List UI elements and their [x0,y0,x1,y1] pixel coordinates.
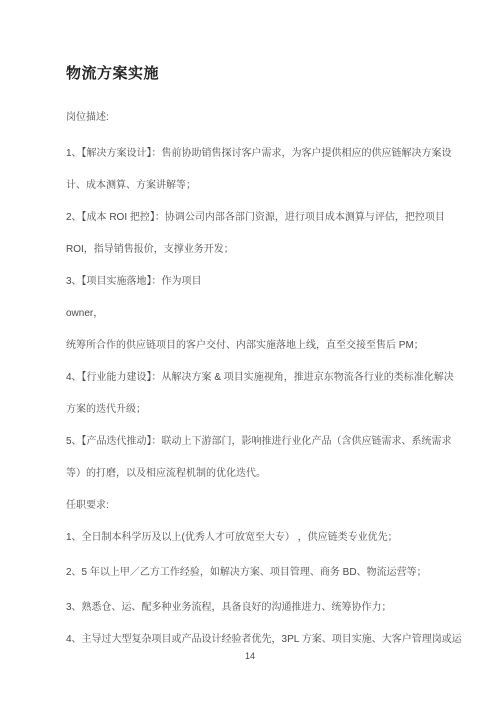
text-line: 3、【项目实施落地】：作为项目 [66,276,466,288]
section-heading-requirements: 任职要求: [66,500,466,512]
text-line: 2、【成本 ROI 把控】：协调公司内部各部门资源，进行项目成本测算与评估，把控… [66,212,466,224]
page-number: 14 [0,651,500,662]
document-content: 物流方案实施 岗位描述: 1、【解决方案设计】：售前协助销售探讨客户需求，为客户… [66,66,466,666]
text-line: 等）的打磨，以及相应流程机制的优化迭代。 [66,468,466,480]
text-line: 2、5 年以上甲／乙方工作经验，如解决方案、项目管理、商务 BD、物流运营等； [66,567,466,579]
text-line: 4、【行业能力建设】：从解决方案 & 项目实施视角，推进京东物流各行业的类标准化… [66,372,466,384]
text-line: owner， [66,308,466,320]
text-line: 计、成本测算、方案讲解等； [66,180,466,192]
document-page: 物流方案实施 岗位描述: 1、【解决方案设计】：售前协助销售探讨客户需求，为客户… [0,0,500,707]
text-line: ROI，指导销售报价，支撑业务开发； [66,244,466,256]
page-title: 物流方案实施 [66,66,466,82]
text-line: 1、【解决方案设计】：售前协助销售探讨客户需求，为客户提供相应的供应链解决方案设 [66,148,466,160]
text-line: 统筹所合作的供应链项目的客户交付、内部实施落地上线，直至交接至售后 PM； [66,340,466,352]
text-line: 5、【产品迭代推动】：联动上下游部门，影响推进行业化产品（含供应链需求、系统需求 [66,436,466,448]
text-line: 3、熟悉仓、运、配多种业务流程，具备良好的沟通推进力、统筹协作力； [66,602,466,614]
text-line: 1、全日制本科学历及以上(优秀人才可放宽至大专） ，供应链类专业优先； [66,532,466,544]
text-line: 4、主导过大型复杂项目或产品设计经验者优先，3PL 方案、项目实施、大客户管理岗… [66,634,466,646]
text-line: 方案的迭代升级； [66,404,466,416]
section-heading-job-description: 岗位描述: [66,112,466,124]
